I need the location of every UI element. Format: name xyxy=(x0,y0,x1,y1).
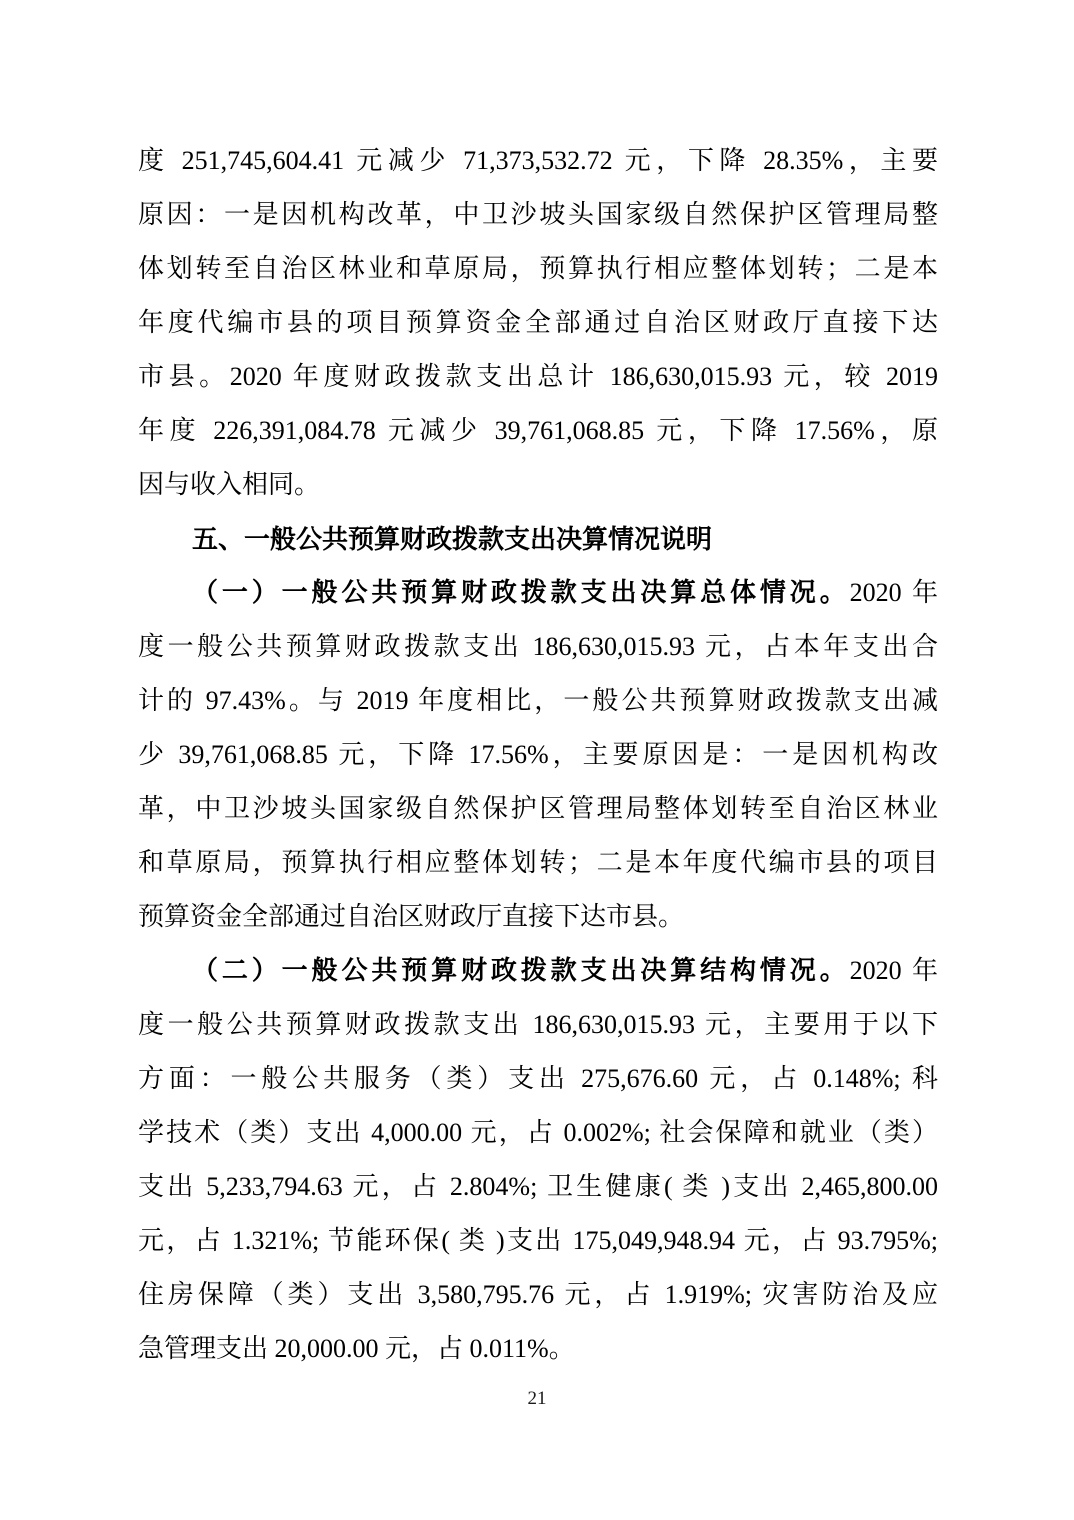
text-line: 革，中卫沙坡头国家级自然保护区管理局整体划转至自治区林业 xyxy=(138,782,938,836)
text-run-body: 学技术（类）支出 4,000.00 元，占 0.002%; 社会保障和就业（类） xyxy=(138,1118,938,1147)
text-line: 度 251,745,604.41 元减少 71,373,532.72 元，下降 … xyxy=(138,134,938,188)
text-run-body: 年度代编市县的项目预算资金全部通过自治区财政厅直接下达 xyxy=(138,308,938,337)
text-run-body: 少 39,761,068.85 元，下降 17.56%，主要原因是：一是因机构改 xyxy=(138,740,938,769)
text-run-body: 急管理支出 20,000.00 元，占 0.011%。 xyxy=(138,1334,575,1363)
text-line: 住房保障（类）支出 3,580,795.76 元，占 1.919%; 灾害防治及… xyxy=(138,1268,938,1322)
text-run-body: 革，中卫沙坡头国家级自然保护区管理局整体划转至自治区林业 xyxy=(138,794,938,823)
paragraph-subsection-1-overall: （一）一般公共预算财政拨款支出决算总体情况。2020 年度一般公共预算财政拨款支… xyxy=(138,566,938,944)
paragraph-heading-section-5: 五、一般公共预算财政拨款支出决算情况说明 xyxy=(138,512,938,566)
text-line: 因与收入相同。 xyxy=(138,458,938,512)
text-run-body: 和草原局，预算执行相应整体划转；二是本年度代编市县的项目 xyxy=(138,848,938,877)
page-number: 21 xyxy=(0,1386,1074,1412)
text-line: 体划转至自治区林业和草原局，预算执行相应整体划转；二是本 xyxy=(138,242,938,296)
text-run-body: 预算资金全部通过自治区财政厅直接下达市县。 xyxy=(138,902,684,931)
text-line: 方面：一般公共服务（类）支出 275,676.60 元，占 0.148%; 科 xyxy=(138,1052,938,1106)
text-run-body: 因与收入相同。 xyxy=(138,470,320,499)
text-run-body: 住房保障（类）支出 3,580,795.76 元，占 1.919%; 灾害防治及… xyxy=(138,1280,938,1309)
text-line: （二）一般公共预算财政拨款支出决算结构情况。2020 年 xyxy=(138,944,938,998)
text-line: 急管理支出 20,000.00 元，占 0.011%。 xyxy=(138,1322,938,1376)
text-run-emphasis: （一）一般公共预算财政拨款支出决算总体情况。 xyxy=(192,578,850,607)
text-line: （一）一般公共预算财政拨款支出决算总体情况。2020 年 xyxy=(138,566,938,620)
text-line: 年度代编市县的项目预算资金全部通过自治区财政厅直接下达 xyxy=(138,296,938,350)
paragraph-subsection-2-structure: （二）一般公共预算财政拨款支出决算结构情况。2020 年度一般公共预算财政拨款支… xyxy=(138,944,938,1376)
text-line: 原因：一是因机构改革，中卫沙坡头国家级自然保护区管理局整 xyxy=(138,188,938,242)
text-line: 少 39,761,068.85 元，下降 17.56%，主要原因是：一是因机构改 xyxy=(138,728,938,782)
text-line: 市县。2020 年度财政拨款支出总计 186,630,015.93 元，较 20… xyxy=(138,350,938,404)
text-line: 学技术（类）支出 4,000.00 元，占 0.002%; 社会保障和就业（类） xyxy=(138,1106,938,1160)
text-line: 预算资金全部通过自治区财政厅直接下达市县。 xyxy=(138,890,938,944)
text-line: 和草原局，预算执行相应整体划转；二是本年度代编市县的项目 xyxy=(138,836,938,890)
text-run-body: 度 251,745,604.41 元减少 71,373,532.72 元，下降 … xyxy=(138,146,938,175)
text-run-body: 支出 5,233,794.63 元，占 2.804%; 卫生健康( 类 )支出 … xyxy=(138,1172,938,1201)
text-run-emphasis: （二）一般公共预算财政拨款支出决算结构情况。 xyxy=(192,956,850,985)
paragraph-continuation-fiscal-appropriation: 度 251,745,604.41 元减少 71,373,532.72 元，下降 … xyxy=(138,134,938,512)
text-line: 元，占 1.321%; 节能环保( 类 )支出 175,049,948.94 元… xyxy=(138,1214,938,1268)
text-run-body: 2020 年 xyxy=(850,578,938,607)
text-run-body: 方面：一般公共服务（类）支出 275,676.60 元，占 0.148%; 科 xyxy=(138,1064,938,1093)
text-run-body: 度一般公共预算财政拨款支出 186,630,015.93 元，占本年支出合 xyxy=(138,632,938,661)
text-line: 年度 226,391,084.78 元减少 39,761,068.85 元，下降… xyxy=(138,404,938,458)
text-run-body: 体划转至自治区林业和草原局，预算执行相应整体划转；二是本 xyxy=(138,254,938,283)
text-line: 度一般公共预算财政拨款支出 186,630,015.93 元，占本年支出合 xyxy=(138,620,938,674)
text-run-body: 原因：一是因机构改革，中卫沙坡头国家级自然保护区管理局整 xyxy=(138,200,938,229)
text-line: 计的 97.43%。与 2019 年度相比，一般公共预算财政拨款支出减 xyxy=(138,674,938,728)
text-run-body: 2020 年 xyxy=(850,956,938,985)
text-line: 度一般公共预算财政拨款支出 186,630,015.93 元，主要用于以下 xyxy=(138,998,938,1052)
text-run-body: 年度 226,391,084.78 元减少 39,761,068.85 元，下降… xyxy=(138,416,938,445)
document-page: 度 251,745,604.41 元减少 71,373,532.72 元，下降 … xyxy=(0,0,1074,1520)
text-run-body: 度一般公共预算财政拨款支出 186,630,015.93 元，主要用于以下 xyxy=(138,1010,938,1039)
text-line: 支出 5,233,794.63 元，占 2.804%; 卫生健康( 类 )支出 … xyxy=(138,1160,938,1214)
text-run-heading: 五、一般公共预算财政拨款支出决算情况说明 xyxy=(192,524,712,554)
text-line: 五、一般公共预算财政拨款支出决算情况说明 xyxy=(138,512,938,566)
text-run-body: 市县。2020 年度财政拨款支出总计 186,630,015.93 元，较 20… xyxy=(138,362,938,391)
text-run-body: 元，占 1.321%; 节能环保( 类 )支出 175,049,948.94 元… xyxy=(138,1226,938,1255)
document-body: 度 251,745,604.41 元减少 71,373,532.72 元，下降 … xyxy=(138,134,938,1376)
text-run-body: 计的 97.43%。与 2019 年度相比，一般公共预算财政拨款支出减 xyxy=(138,686,938,715)
